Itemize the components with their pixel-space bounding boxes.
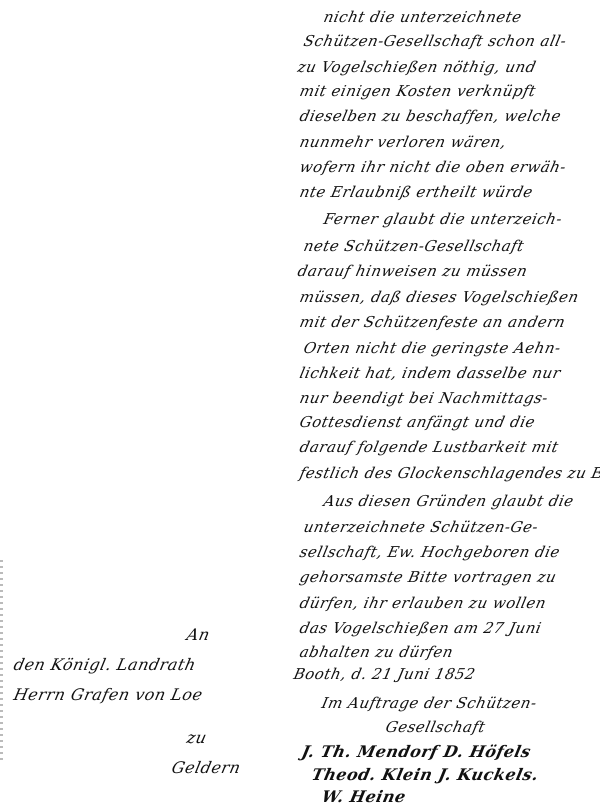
body-line: gehorsamste Bitte vortragen zu [298,568,558,586]
body-line: mit einigen Kosten verknüpft [298,82,538,100]
address-block: Anden Königl. LandrathHerrn Grafen von L… [0,0,290,811]
body-line: darauf hinweisen zu müssen [296,262,529,280]
address-line: Herrn Grafen von Loe [12,685,205,704]
body-line: Aus diesen Gründen glaubt die [322,492,576,510]
closing-line: Im Auftrage der Schützen- [320,694,539,712]
body-line: müssen, daß dieses Vogelschießen [298,288,581,306]
address-line: Geldern [170,758,243,777]
body-line: nte Erlaubniß ertheilt würde [298,183,535,201]
body-line: Orten nicht die geringste Aehn- [302,339,563,357]
body-line: unterzeichnete Schützen-Ge- [302,518,540,536]
body-line: das Vogelschießen am 27 Juni [298,619,543,637]
body-line: lichkeit hat, indem dasselbe nur [298,364,562,382]
body-line: Schützen-Gesellschaft schon all- [302,32,568,50]
body-line: sellschaft, Ew. Hochgeboren die [298,543,562,561]
body-line: nicht die unterzeichnete [322,8,524,26]
address-line: den Königl. Landrath [12,655,198,674]
body-line: dieselben zu beschaffen, welche [298,107,563,125]
body-line: zu Vogelschießen nöthig, und [296,58,538,76]
body-line: Ferner glaubt die unterzeich- [322,210,564,228]
address-line: An [185,625,212,644]
signature: Theod. Klein J. Kuckels. [310,765,541,784]
body-line: darauf folgende Lustbarkeit mit [298,438,560,456]
body-line: abhalten zu dürfen [298,643,455,661]
signature: J. Th. Mendorf D. Höfels [300,742,533,761]
body-line: mit der Schützenfeste an andern [298,313,567,331]
dateline: Booth, d. 21 Juni 1852 [292,665,477,683]
closing-line: Gesellschaft [384,718,487,736]
body-line: Gottesdienst anfängt und die [298,413,537,431]
address-line: zu [185,728,209,747]
body-line: wofern ihr nicht die oben erwäh- [298,158,568,176]
body-line: nete Schützen-Gesellschaft [302,237,526,255]
body-line: festlich des Glockenschlagendes zu Ende [298,464,600,482]
body-line: dürfen, ihr erlauben zu wollen [298,594,548,612]
body-line: nur beendigt bei Nachmittags- [298,389,550,407]
signature: W. Heine [320,787,408,806]
body-line: nunmehr verloren wären, [298,133,508,151]
document-page: nicht die unterzeichneteSchützen-Gesells… [0,0,600,811]
